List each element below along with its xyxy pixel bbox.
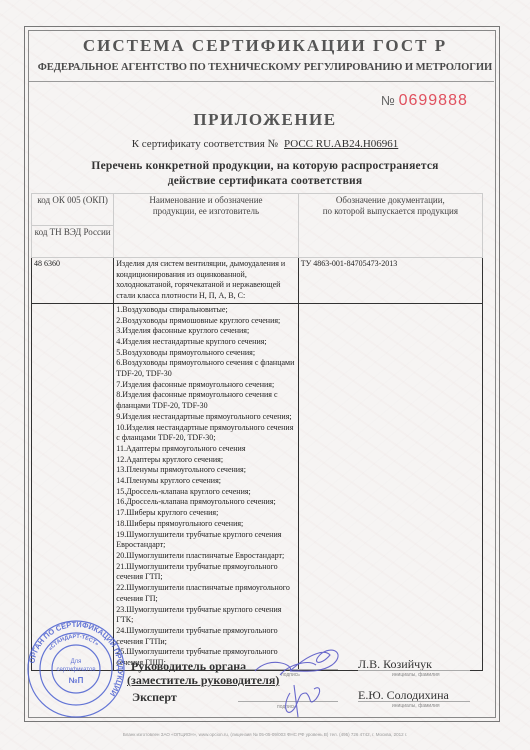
certification-stamp: ОРГАН ПО СЕРТИФИКАЦИИ ПРОДУКЦИИ «СТАНДАР…	[26, 619, 126, 719]
stamp-center-line-1: Для	[71, 659, 82, 665]
head-name-caption: инициалы, фамилия	[392, 672, 440, 678]
list-item: 2.Воздуховоды прямошовные круглого сечен…	[116, 316, 295, 327]
expert-name-caption: инициалы, фамилия	[392, 703, 440, 709]
form-serial-number: 0699888	[399, 92, 468, 109]
product-documentation: ТУ 4863-001-84705473-2013	[298, 258, 482, 304]
stamp-logo: №П	[69, 676, 84, 685]
list-item: 10.Изделия нестандартные прямоугольного …	[116, 423, 295, 444]
header-product-line-1: Наименование и обозначение	[116, 195, 295, 206]
header-doc-line-1: Обозначение документации,	[301, 195, 480, 206]
list-item: 1.Воздуховоды спиральновитые;	[116, 305, 295, 316]
empty-doc-cell	[298, 303, 482, 670]
list-item: 7.Изделия фасонные прямоугольного сечени…	[116, 380, 295, 391]
list-item: 8.Изделия фасонные прямоугольного сечени…	[116, 390, 295, 411]
list-item: 12.Адаптеры круглого сечения;	[116, 455, 295, 466]
product-code: 48 6360	[32, 258, 114, 304]
scope-line-1: Перечень конкретной продукции, на котору…	[0, 159, 530, 174]
expert-name-line	[358, 701, 470, 702]
product-description: Изделия для систем вентиляции, дымоудале…	[114, 258, 298, 304]
header-code-tnved: код ТН ВЭД России	[32, 226, 114, 258]
number-prefix: №	[381, 93, 395, 108]
list-item: 5.Воздуховоды прямоугольного сечения;	[116, 348, 295, 359]
table-row: 48 6360 Изделия для систем вентиляции, д…	[32, 258, 483, 304]
certificate-reference: К сертификату соответствия №РОСС RU.АВ24…	[0, 138, 530, 150]
list-item: 15.Дроссель-клапана круглого сечения;	[116, 487, 295, 498]
list-item: 22.Шумоглушители пластинчатые прямоуголь…	[116, 583, 295, 604]
cert-ref-number: РОСС RU.АВ24.Н06961	[284, 138, 398, 150]
list-item: 17.Шиберы круглого сечения;	[116, 508, 295, 519]
head-label: Руководитель органа	[131, 659, 246, 674]
header-product: Наименование и обозначение продукции, ее…	[114, 194, 298, 258]
list-item: 11.Адаптеры прямоугольного сечения	[116, 444, 295, 455]
list-item: 21.Шумоглушители трубчатые прямоугольног…	[116, 562, 295, 583]
list-item: 18.Шиберы прямоугольного сечения;	[116, 519, 295, 530]
list-item: 9.Изделия нестандартные прямоугольного с…	[116, 412, 295, 423]
list-item: 20.Шумоглушители пластинчатые Евростанда…	[116, 551, 295, 562]
header-documentation: Обозначение документации, по которой вып…	[298, 194, 482, 258]
header-divider	[29, 81, 494, 82]
list-item: 16.Дроссель-клапана прямоугольного сечен…	[116, 497, 295, 508]
header-doc-line-2: по которой выпускается продукция	[301, 206, 480, 217]
list-item: 14.Пленумы круглого сечения;	[116, 476, 295, 487]
head-name-line	[358, 670, 470, 671]
appendix-title: ПРИЛОЖЕНИЕ	[0, 110, 530, 130]
footer-imprint: Бланк изготовлен ЗАО «ОПЦИОН», www.opcio…	[0, 732, 530, 737]
list-item: 13.Пленумы прямоугольного сечения;	[116, 465, 295, 476]
products-table: код ОК 005 (ОКП) Наименование и обозначе…	[31, 193, 483, 671]
form-number: № 0699888	[381, 92, 468, 110]
expert-label: Эксперт	[132, 690, 177, 705]
list-item: 3.Изделия фасонные круглого сечения;	[116, 326, 295, 337]
header-code-okp: код ОК 005 (ОКП)	[32, 194, 114, 226]
header-product-line-2: продукции, ее изготовитель	[116, 206, 295, 217]
stamp-center-line-2: сертификатов	[56, 667, 95, 673]
scope-line-2: действие сертификата соответствия	[0, 174, 530, 189]
cert-ref-label: К сертификату соответствия №	[132, 138, 278, 150]
table-row: 1.Воздуховоды спиральновитые;2.Воздухово…	[32, 303, 483, 670]
table-header-row-1: код ОК 005 (ОКП) Наименование и обозначе…	[32, 194, 483, 226]
signature-scribble	[250, 645, 350, 720]
empty-code-cell	[32, 303, 114, 670]
list-item: 19.Шумоглушители трубчатые круглого сече…	[116, 530, 295, 551]
list-item: 23.Шумоглушители трубчатые круглого сече…	[116, 605, 295, 626]
scope-heading: Перечень конкретной продукции, на котору…	[0, 159, 530, 189]
list-item: 4.Изделия нестандартные круглого сечения…	[116, 337, 295, 348]
list-item: 6.Воздуховоды прямоугольного сечения с ф…	[116, 358, 295, 379]
agency-title: ФЕДЕРАЛЬНОЕ АГЕНТСТВО ПО ТЕХНИЧЕСКОМУ РЕ…	[0, 62, 530, 73]
product-items-list: 1.Воздуховоды спиральновитые;2.Воздухово…	[114, 303, 298, 670]
system-title: СИСТЕМА СЕРТИФИКАЦИИ ГОСТ Р	[0, 36, 530, 56]
